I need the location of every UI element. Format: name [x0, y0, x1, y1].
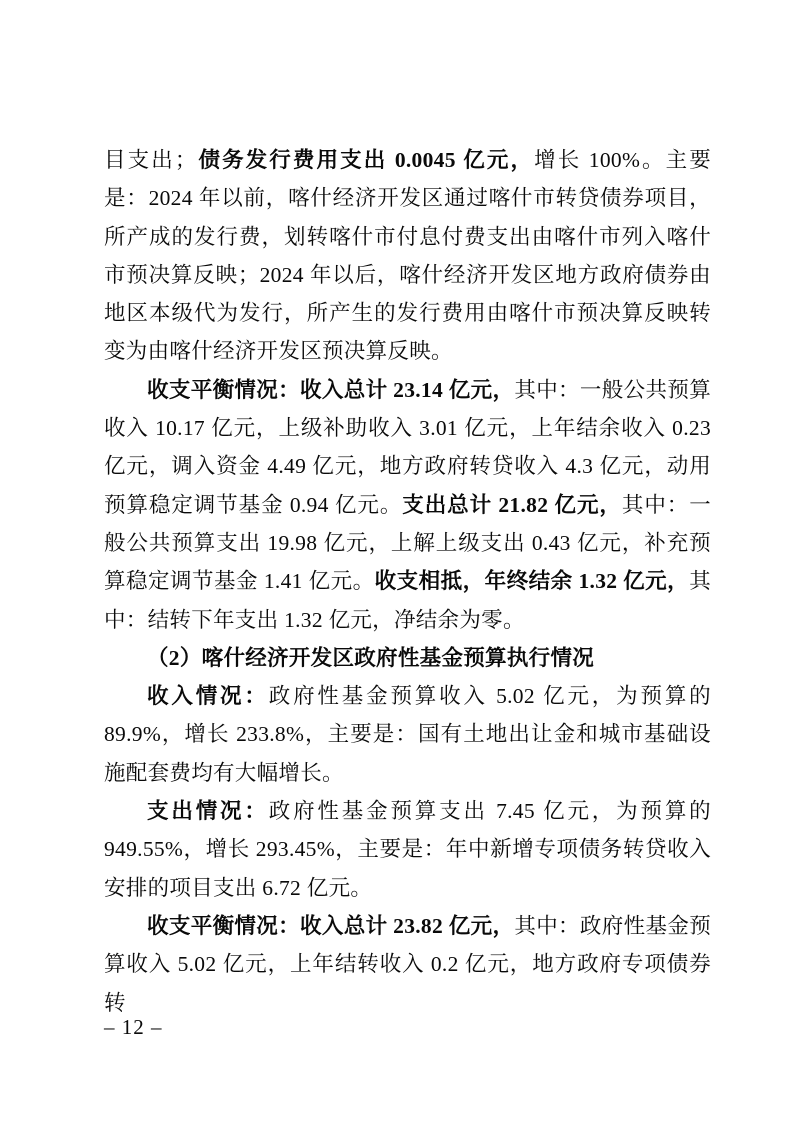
paragraph-fund-income: 收入情况：政府性基金预算收入 5.02 亿元，为预算的 89.9%，增长 233… — [104, 677, 711, 792]
bold-text-run: 收支平衡情况：收入总计 23.82 亿元， — [147, 914, 514, 938]
bold-text-run: 收支相抵，年终结余 1.32 亿元， — [375, 569, 690, 593]
paragraph-fund-expenditure: 支出情况：政府性基金预算支出 7.45 亿元，为预算的 949.55%，增长 2… — [104, 792, 711, 907]
paragraph-balance-fund-budget: 收支平衡情况：收入总计 23.82 亿元，其中：政府性基金预算收入 5.02 亿… — [104, 907, 711, 1022]
page-number: – 12 – — [104, 1012, 163, 1042]
bold-text-run: 收支平衡情况：收入总计 23.14 亿元， — [147, 378, 514, 402]
paragraph-debt-issuance-fee: 目支出；债务发行费用支出 0.0045 亿元，增长 100%。主要是：2024 … — [104, 141, 711, 371]
bold-text-run: 收入情况： — [147, 684, 269, 708]
bold-text-run: 债务发行费用支出 0.0045 亿元， — [197, 148, 534, 172]
text-run: 目支出； — [104, 148, 197, 172]
bold-text-run: （2）喀什经济开发区政府性基金预算执行情况 — [147, 646, 594, 670]
bold-text-run: 支出情况： — [147, 799, 269, 823]
bold-text-run: 支出总计 21.82 亿元， — [402, 493, 622, 517]
paragraph-balance-general-budget: 收支平衡情况：收入总计 23.14 亿元，其中：一般公共预算收入 10.17 亿… — [104, 371, 711, 639]
document-body: 目支出；债务发行费用支出 0.0045 亿元，增长 100%。主要是：2024 … — [104, 141, 711, 1022]
text-run: 增长 100%。主要是：2024 年以前，喀什经济开发区通过喀什市转贷债券项目，… — [104, 148, 711, 363]
section-heading-fund-budget: （2）喀什经济开发区政府性基金预算执行情况 — [104, 639, 711, 677]
document-page: 目支出；债务发行费用支出 0.0045 亿元，增长 100%。主要是：2024 … — [0, 0, 793, 1122]
